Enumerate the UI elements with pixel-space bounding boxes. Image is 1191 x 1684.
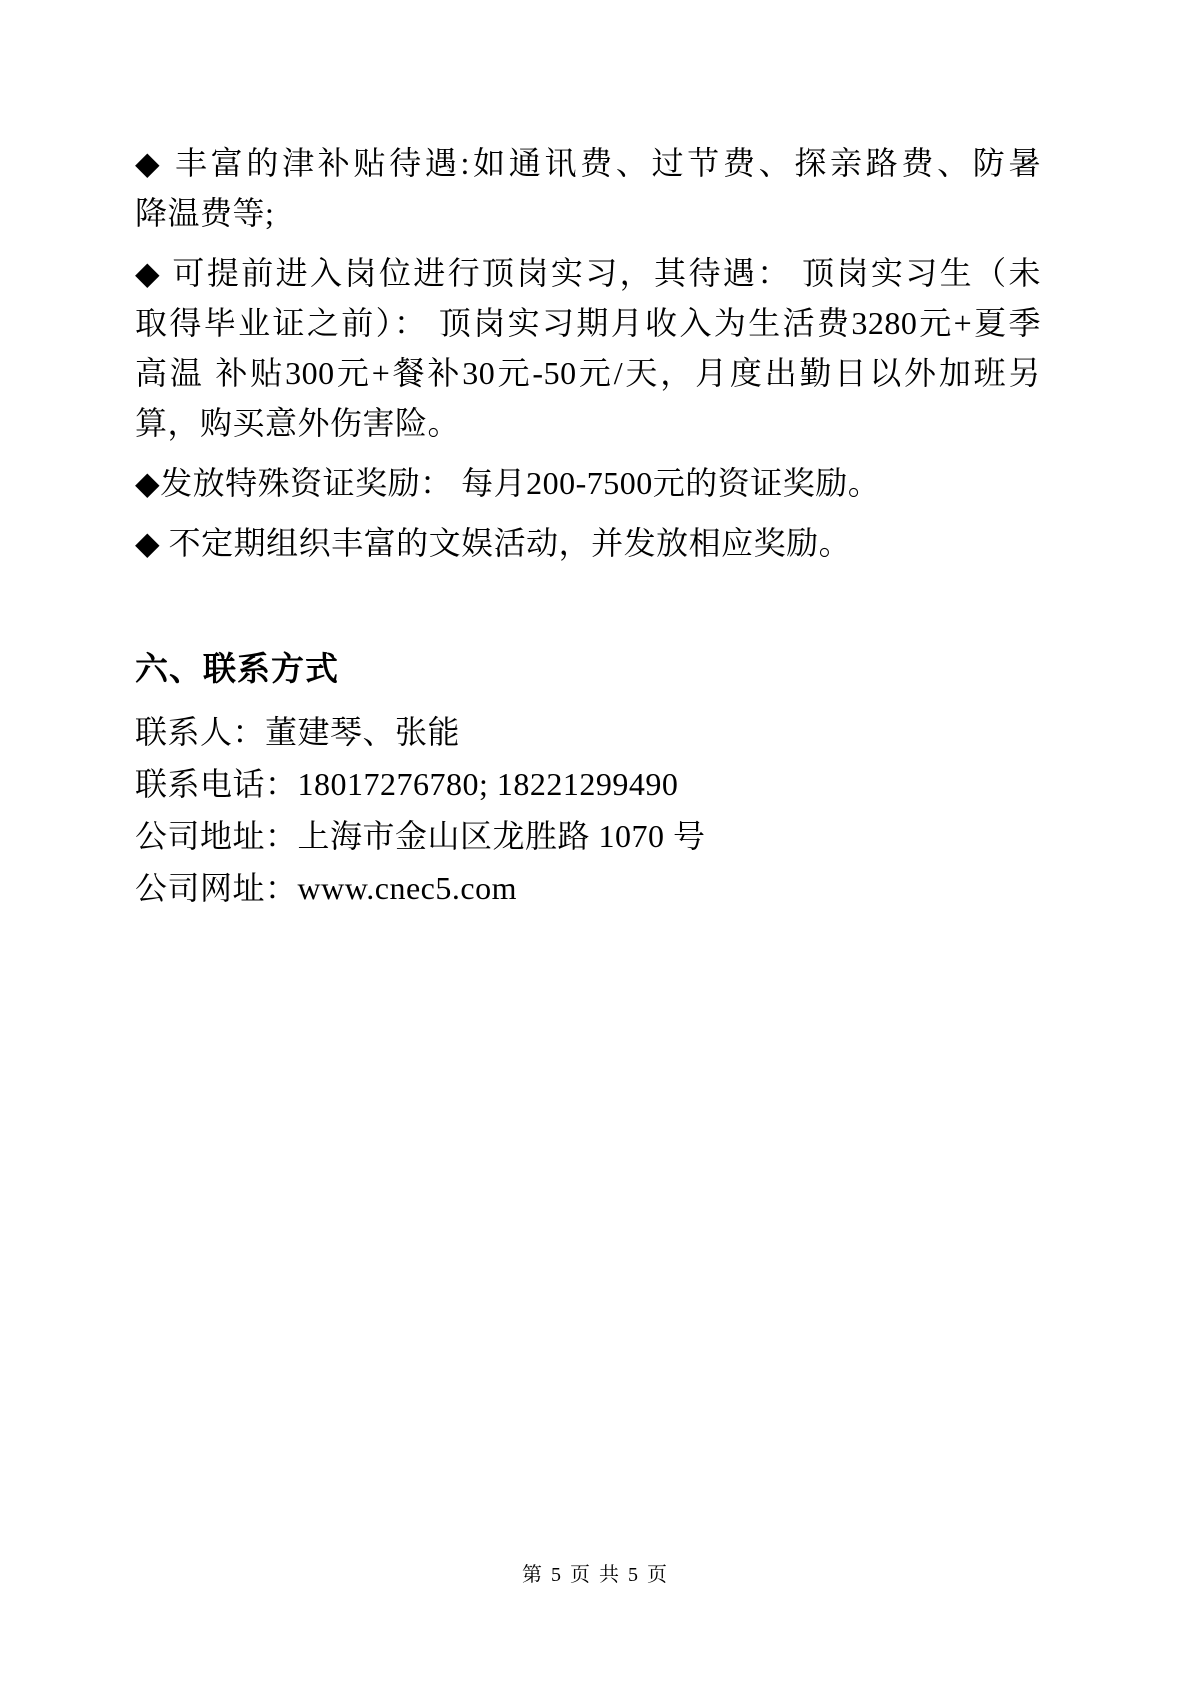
document-page: ◆ 丰富的津补贴待遇:如通讯费、过节费、探亲路费、防暑 降温费等; ◆ 可提前进… — [0, 0, 1191, 1684]
bullet-internship: ◆ 可提前进入岗位进行顶岗实习，其待遇： 顶岗实习生（未 取得毕业证之前）： 顶… — [135, 248, 1041, 448]
text-line: ◆发放特殊资证奖励： 每月200-7500元的资证奖励。 — [135, 458, 1041, 508]
page-footer: 第 5 页 共 5 页 — [0, 1558, 1191, 1587]
bullet-allowances: ◆ 丰富的津补贴待遇:如通讯费、过节费、探亲路费、防暑 降温费等; — [135, 138, 1041, 238]
text-line: ◆ 可提前进入岗位进行顶岗实习，其待遇： 顶岗实习生（未 — [135, 248, 1041, 298]
text-line: ◆ 不定期组织丰富的文娱活动，并发放相应奖励。 — [135, 518, 1041, 568]
bullet-activities: ◆ 不定期组织丰富的文娱活动，并发放相应奖励。 — [135, 518, 1041, 568]
bullet-certificate-reward: ◆发放特殊资证奖励： 每月200-7500元的资证奖励。 — [135, 458, 1041, 508]
text-line: 高温 补贴300元+餐补30元-50元/天，月度出勤日以外加班另 — [135, 348, 1041, 398]
section-heading-contact: 六、联系方式 — [135, 646, 1041, 692]
company-address-line: 公司地址：上海市金山区龙胜路 1070 号 — [135, 810, 1041, 862]
company-website-line: 公司网址：www.cnec5.com — [135, 862, 1041, 914]
text-line: 算，购买意外伤害险。 — [135, 398, 1041, 448]
contact-person-line: 联系人：董建琴、张能 — [135, 706, 1041, 758]
text-line: ◆ 丰富的津补贴待遇:如通讯费、过节费、探亲路费、防暑 — [135, 138, 1041, 188]
contact-phone-line: 联系电话：18017276780; 18221299490 — [135, 758, 1041, 810]
text-line: 取得毕业证之前）： 顶岗实习期月收入为生活费3280元+夏季 — [135, 298, 1041, 348]
text-line: 降温费等; — [135, 188, 1041, 238]
page-number: 第 5 页 共 5 页 — [522, 1564, 669, 1586]
document-body: ◆ 丰富的津补贴待遇:如通讯费、过节费、探亲路费、防暑 降温费等; ◆ 可提前进… — [135, 138, 1041, 914]
